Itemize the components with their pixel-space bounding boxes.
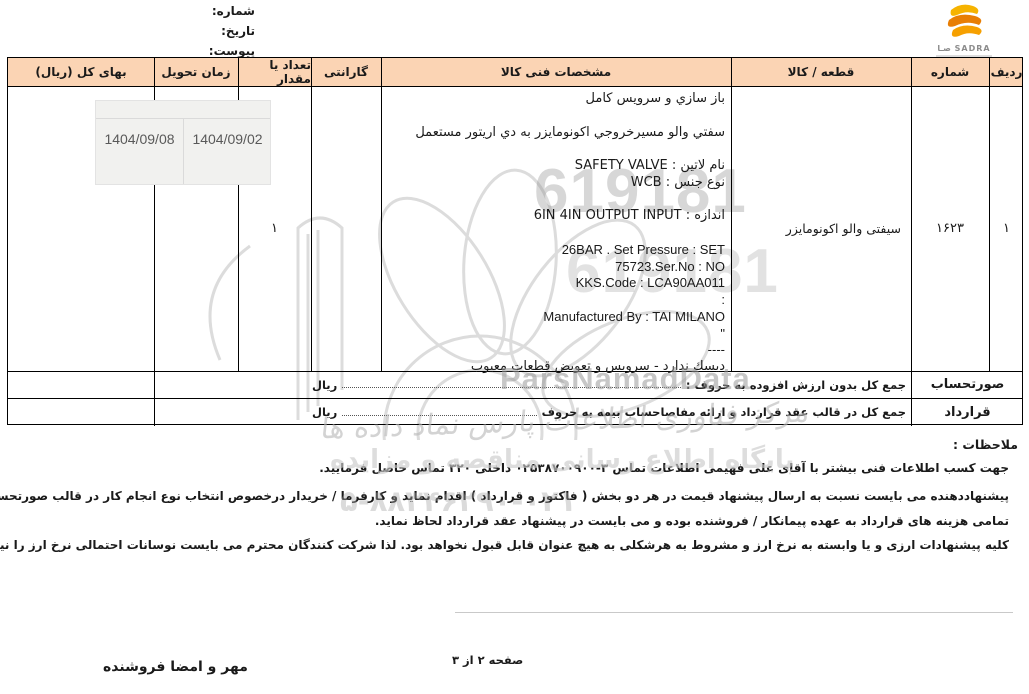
company-logo: SADRA صـا (922, 2, 1006, 58)
meta-labels: شماره: تاریخ: پیوست: (150, 1, 255, 61)
contract-currency: ریال (312, 405, 337, 419)
document-page: 619181 619181 شماره: تاریخ: پیوست: SADRA… (0, 0, 1029, 694)
dotted-leader (342, 415, 536, 416)
spec-line (385, 141, 725, 158)
delivery-dates-overlay: 1404/09/08 1404/09/02 (95, 100, 271, 185)
logo-text: SADRA صـا (922, 44, 1006, 53)
contract-row-body: جمع کل در قالب عقد قرارداد و ارائه مفاصا… (154, 398, 911, 426)
note-line-1: جهت کسب اطلاعات فنی بیشتر با آقای علی فه… (319, 461, 1009, 475)
notes-title: ملاحظات : (953, 437, 1018, 452)
spec-line (385, 108, 725, 125)
note-line-4: کلیه پیشنهادات ارزی و یا وابسته به نرخ ا… (0, 538, 1009, 552)
cell-number: ۱۶۲۳ (911, 86, 989, 371)
header-item: قطعه / کالا (731, 58, 911, 86)
invoice-currency: ریال (312, 378, 337, 392)
contract-text: جمع کل در قالب عقد قرارداد و ارائه مفاصا… (542, 405, 906, 419)
header-number: شماره (911, 58, 989, 86)
header-warranty: گارانتی (311, 58, 381, 86)
spec-line: KKS.Code : LCA90AA011 (385, 275, 725, 292)
header-total-price: بهای کل (ریال) (8, 58, 154, 86)
meta-number-label: شماره: (150, 1, 255, 21)
page-number: صفحه ۲ از ۳ (452, 653, 523, 667)
meta-date-label: تاریخ: (150, 21, 255, 41)
delivery-date-1: 1404/09/08 (96, 131, 183, 147)
header-specs: مشخصات فنی کالا (381, 58, 731, 86)
spec-line: سفتي والو مسيرخروجي اكونومايزر به دي اري… (385, 125, 725, 142)
spec-line: نوع جنس : WCB (385, 175, 725, 192)
spec-line: باز سازي و سرويس كامل (385, 91, 725, 108)
dotted-leader (342, 387, 681, 388)
invoice-row-body: جمع کل بدون ارزش افزوده به حروف : ریال (154, 371, 911, 398)
header-row-no: ردیف (989, 58, 1024, 86)
spec-line (385, 225, 725, 242)
cell-specs: باز سازي و سرويس كامل سفتي والو مسيرخروج… (381, 86, 731, 371)
spec-line (385, 192, 725, 209)
spec-line: Manufactured By : TAI MILANO (385, 309, 725, 326)
spec-line: 26BAR . Set Pressure : SET (385, 242, 725, 259)
datebox-divider (183, 118, 184, 184)
spec-line: 75723.Ser.No : NO (385, 259, 725, 276)
cell-row-no: ۱ (989, 86, 1024, 371)
logo-mark-icon (941, 2, 987, 40)
seller-signature-label: مهر و امضا فروشنده (103, 659, 248, 675)
delivery-date-2: 1404/09/02 (184, 131, 271, 147)
note-line-2: پیشنهاددهنده می بایست نسبت به ارسال پیشن… (0, 489, 1009, 503)
invoice-row-label: صورتحساب (911, 371, 1024, 398)
contract-row-label: قرارداد (911, 398, 1024, 426)
header-quantity: تعداد یا مقدار (238, 58, 311, 86)
spec-line: " (385, 326, 725, 343)
footer-rule (455, 612, 1013, 613)
spec-line: نام لاتين : SAFETY VALVE (385, 158, 725, 175)
header-delivery: زمان تحویل (154, 58, 238, 86)
spec-line: اندازه : 6IN 4IN OUTPUT INPUT (385, 208, 725, 225)
cell-item: سیفتی والو اکونومایزر (731, 86, 911, 371)
invoice-text: جمع کل بدون ارزش افزوده به حروف : (686, 378, 906, 392)
spec-line: ---- (385, 342, 725, 359)
note-line-3: تمامی هزینه های قرارداد به عهده پیمانکار… (375, 514, 1009, 528)
spec-line: : (385, 292, 725, 309)
